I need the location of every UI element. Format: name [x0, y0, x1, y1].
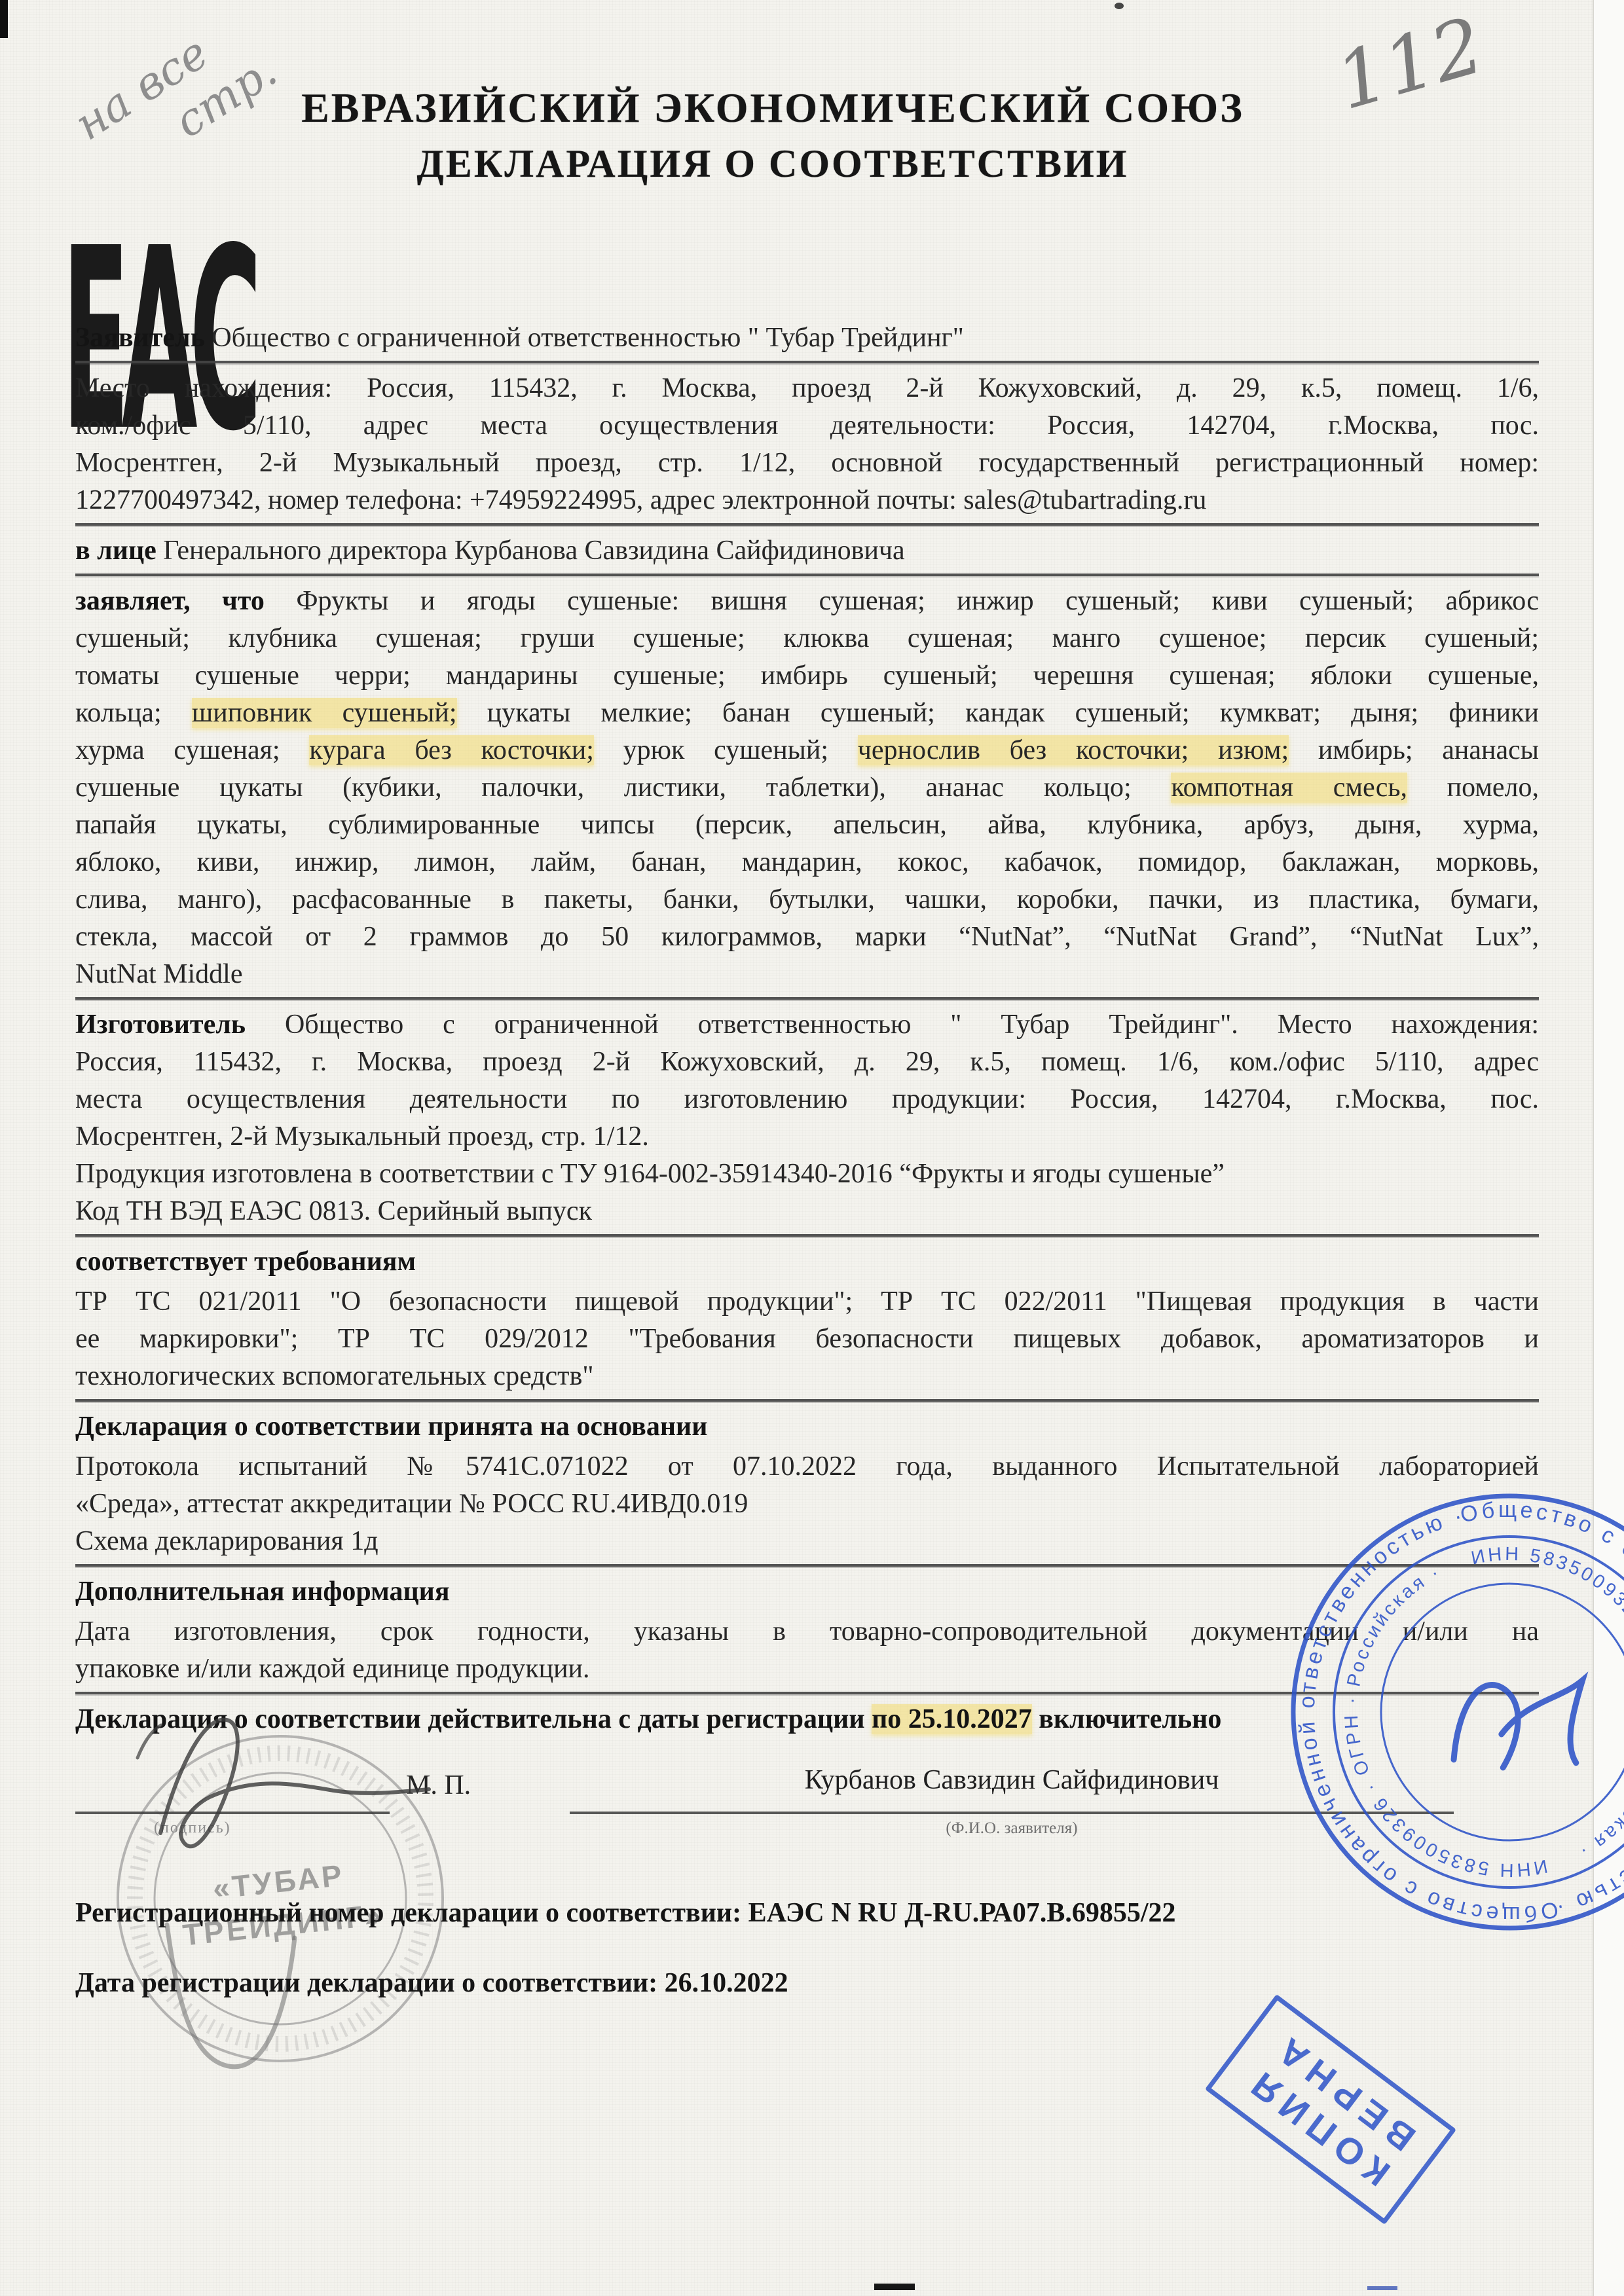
text-line: ТР ТС 021/2011 "О безопасности пищевой п…: [75, 1283, 1539, 1321]
paragraph: Изготовитель Общество с ограниченной отв…: [75, 1006, 1539, 1230]
text-line: стекла, массой от 2 граммов до 50 килогр…: [75, 919, 1539, 956]
text-line: ком./офис 5/110, адрес места осуществлен…: [75, 407, 1539, 445]
copy-verified-stamp: КОПИЯ ВЕРНА: [1206, 2005, 1455, 2214]
text-segment: Общество с ограниченной ответственностью…: [285, 1010, 1539, 1040]
text-segment: Мосрентген, 2-й Музыкальный проезд, стр.…: [75, 1121, 649, 1152]
text-line: Изготовитель Общество с ограниченной отв…: [75, 1006, 1539, 1044]
paragraph: в лице Генерального директора Курбанова …: [75, 532, 1539, 570]
text-segment: имбирь; ананасы: [1289, 735, 1539, 765]
page-subtitle: ДЕКЛАРАЦИЯ О СООТВЕТСТВИИ: [249, 141, 1297, 187]
text-line: ее маркировки"; ТР ТС 029/2012 "Требован…: [75, 1321, 1539, 1358]
text-segment: Дополнительная информация: [75, 1576, 450, 1607]
text-segment: стекла, массой от 2 граммов до 50 килогр…: [75, 922, 1539, 952]
text-segment: 1227700497342, номер телефона: +74959224…: [75, 485, 1206, 515]
scan-bottom-mark: [874, 2284, 915, 2290]
text-line: места осуществления деятельности по изго…: [75, 1081, 1539, 1118]
divider: [75, 361, 1539, 363]
paragraph: Место нахождения: Россия, 115432, г. Мос…: [75, 370, 1539, 519]
text-segment: Заявитель: [75, 323, 212, 353]
text-segment: Общество с ограниченной ответственностью…: [212, 323, 964, 353]
text-segment: Схема декларирования 1д: [75, 1526, 378, 1556]
text-line: Заявитель Общество с ограниченной ответс…: [75, 319, 1539, 357]
divider: [75, 574, 1539, 576]
text-segment: «Среда», аттестат аккредитации № РОСС RU…: [75, 1489, 748, 1519]
text-segment: Изготовитель: [75, 1010, 285, 1040]
paragraph: Декларация о соответствии принята на осн…: [75, 1408, 1539, 1446]
text-line: соответствует требованиям: [75, 1243, 1539, 1281]
scan-paper-edge: [1593, 0, 1624, 2296]
text-line: заявляет, что Фрукты и ягоды сушеные: ви…: [75, 583, 1539, 620]
text-line: слива, манго), расфасованные в пакеты, б…: [75, 881, 1539, 919]
copy-verified-stamp-box: КОПИЯ ВЕРНА: [1205, 1994, 1456, 2225]
text-segment: в лице: [75, 536, 163, 566]
paragraph: соответствует требованиям: [75, 1243, 1539, 1281]
text-segment: технологических вспомогательных средств": [75, 1361, 594, 1391]
text-segment: цукаты мелкие; банан сушеный; кандак суш…: [457, 698, 1539, 728]
text-line: технологических вспомогательных средств": [75, 1358, 1539, 1395]
text-segment: Код ТН ВЭД ЕАЭС 0813. Серийный выпуск: [75, 1196, 592, 1226]
text-line: хурма сушеная; курага без косточки; урюк…: [75, 732, 1539, 769]
text-line: Код ТН ВЭД ЕАЭС 0813. Серийный выпуск: [75, 1193, 1539, 1230]
text-line: Продукция изготовлена в соответствии с Т…: [75, 1156, 1539, 1193]
text-segment: места осуществления деятельности по изго…: [75, 1084, 1539, 1114]
text-segment: томаты сушеные черри; мандарины сушеные;…: [75, 661, 1539, 691]
text-segment: заявляет, что: [75, 586, 296, 616]
blue-stamp-ring-text: Общество с ограниченной ответственностью…: [1453, 1451, 1624, 1922]
text-line: Мосрентген, 2-й Музыкальный проезд, стр.…: [75, 445, 1539, 482]
text-segment: Продукция изготовлена в соответствии с Т…: [75, 1159, 1225, 1189]
text-line: кольца; шиповник сушеный; цукаты мелкие;…: [75, 695, 1539, 732]
text-segment: Место нахождения: Россия, 115432, г. Мос…: [75, 373, 1539, 403]
scanned-declaration-page: на все стр. 112 ЕВРАЗИЙСКИЙ ЭКОНОМИЧЕСКИ…: [0, 0, 1624, 2296]
paragraph: заявляет, что Фрукты и ягоды сушеные: ви…: [75, 583, 1539, 993]
text-segment: сушеный; клубника сушеная; груши сушеные…: [75, 623, 1539, 653]
text-line: в лице Генерального директора Курбанова …: [75, 532, 1539, 570]
divider: [75, 523, 1539, 526]
text-segment: урюк сушеный;: [594, 735, 858, 765]
registration-date-line: Дата регистрации декларации о соответств…: [75, 1967, 1549, 1999]
highlighted-text: чернослив без косточки; изюм;: [858, 735, 1289, 765]
text-segment: папайя цукаты, сублимированные чипсы (пе…: [75, 810, 1539, 840]
svg-text:Общество с ограниченной ответс: Общество с ограниченной ответственностью…: [1453, 1451, 1624, 1922]
text-line: сушеный; клубника сушеная; груши сушеные…: [75, 620, 1539, 657]
text-line: Декларация о соответствии принята на осн…: [75, 1408, 1539, 1446]
text-segment: NutNat Middle: [75, 959, 242, 989]
text-segment: помело,: [1407, 773, 1539, 803]
text-segment: хурма сушеная;: [75, 735, 309, 765]
text-segment: Протокола испытаний №5741С.071022 от 07.…: [75, 1451, 1539, 1482]
paragraph: ТР ТС 021/2011 "О безопасности пищевой п…: [75, 1283, 1539, 1395]
handwritten-page-number: 112: [1326, 0, 1493, 127]
text-segment: слива, манго), расфасованные в пакеты, б…: [75, 884, 1539, 915]
divider: [75, 997, 1539, 1000]
scan-bottom-mark-blue: [1367, 2286, 1397, 2290]
applicant-signature: [98, 1679, 439, 1876]
text-segment: Россия, 115432, г. Москва, проезд 2-й Ко…: [75, 1047, 1539, 1077]
text-segment: сушеные цукаты (кубики, палочки, листики…: [75, 773, 1171, 803]
scan-speck: [1115, 3, 1124, 9]
text-segment: Мосрентген, 2-й Музыкальный проезд, стр.…: [75, 448, 1539, 478]
paragraph: Заявитель Общество с ограниченной ответс…: [75, 319, 1539, 357]
text-segment: Генерального директора Курбанова Савзиди…: [163, 536, 904, 566]
divider: [75, 1399, 1539, 1402]
highlighted-text: компотная смесь,: [1171, 773, 1407, 803]
text-line: Мосрентген, 2-й Музыкальный проезд, стр.…: [75, 1118, 1539, 1156]
text-segment: ком./офис 5/110, адрес места осуществлен…: [75, 410, 1539, 441]
text-segment: соответствует требованиям: [75, 1247, 416, 1277]
page-title: ЕВРАЗИЙСКИЙ ЭКОНОМИЧЕСКИЙ СОЮЗ: [249, 84, 1297, 132]
signature-flourish: [141, 1918, 350, 2088]
text-segment: Декларация о соответствии принята на осн…: [75, 1412, 707, 1442]
text-line: 1227700497342, номер телефона: +74959224…: [75, 482, 1539, 519]
document-header: ЕВРАЗИЙСКИЙ ЭКОНОМИЧЕСКИЙ СОЮЗ ДЕКЛАРАЦИ…: [249, 84, 1297, 187]
text-segment: ее маркировки"; ТР ТС 029/2012 "Требован…: [75, 1324, 1539, 1354]
text-line: «Среда», аттестат аккредитации № РОСС RU…: [75, 1485, 1539, 1523]
text-line: томаты сушеные черри; мандарины сушеные;…: [75, 657, 1539, 695]
text-line: Место нахождения: Россия, 115432, г. Мос…: [75, 370, 1539, 407]
text-segment: яблоко, киви, инжир, лимон, лайм, банан,…: [75, 847, 1539, 877]
text-line: Протокола испытаний №5741С.071022 от 07.…: [75, 1448, 1539, 1485]
text-line: NutNat Middle: [75, 956, 1539, 993]
divider: [75, 1234, 1539, 1237]
text-line: Россия, 115432, г. Москва, проезд 2-й Ко…: [75, 1044, 1539, 1081]
text-segment: ТР ТС 021/2011 "О безопасности пищевой п…: [75, 1286, 1539, 1317]
text-segment: кольца;: [75, 698, 192, 728]
highlighted-text: шиповник сушеный;: [192, 698, 457, 728]
text-line: папайя цукаты, сублимированные чипсы (пе…: [75, 807, 1539, 844]
text-segment: Фрукты и ягоды сушеные: вишня сушеная; и…: [296, 586, 1539, 616]
text-line: яблоко, киви, инжир, лимон, лайм, банан,…: [75, 844, 1539, 881]
scan-corner-mark: [0, 0, 8, 38]
text-line: сушеные цукаты (кубики, палочки, листики…: [75, 769, 1539, 807]
highlighted-text: курага без косточки;: [309, 735, 594, 765]
blue-stamp-signature: [1439, 1663, 1602, 1791]
